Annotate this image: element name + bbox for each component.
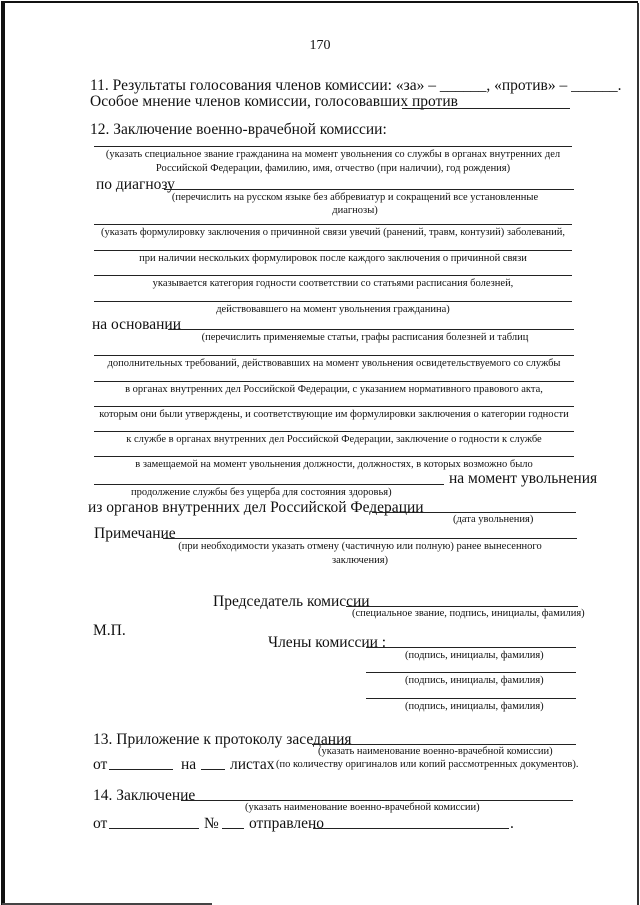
note-hint-1: (при необходимости указать отмену (части… xyxy=(150,541,570,552)
basis-hint-6: в замещаемой на момент увольнения должно… xyxy=(94,459,574,470)
member-hint-3: (подпись, инициалы, фамилия) xyxy=(405,701,544,712)
item13-label: 13. Приложение к протоколу заседания xyxy=(93,731,352,749)
item13-from-label: от xyxy=(93,756,107,774)
diagnosis-field[interactable] xyxy=(164,189,574,190)
scan-border-right xyxy=(637,3,639,905)
item13-hint: (указать наименование военно-врачебной к… xyxy=(318,746,553,757)
basis-hint-2: дополнительных требований, действовавших… xyxy=(94,358,574,369)
basis-field[interactable] xyxy=(168,329,574,330)
attachment-commission-field[interactable] xyxy=(312,744,576,745)
formula-hint-2: при наличии нескольких формулировок посл… xyxy=(94,253,572,264)
formula-field-2[interactable] xyxy=(94,250,572,251)
basis-hint-7: продолжение службы без ущерба для состоя… xyxy=(131,487,392,498)
chairman-hint: (специальное звание, подпись, инициалы, … xyxy=(352,608,585,619)
rank-hint-2: Российской Федерации, фамилию, имя, отче… xyxy=(94,163,572,174)
dismissal-date-hint: (дата увольнения) xyxy=(453,514,533,525)
diagnosis-hint-1: (перечислить на русском языке без аббрев… xyxy=(150,192,560,203)
votes-for-field[interactable]: ______ xyxy=(440,77,487,94)
conclusion-commission-field[interactable] xyxy=(181,800,573,801)
chairman-label: Председатель комиссии xyxy=(213,593,370,611)
from-organs-label: из органов внутренних дел Российской Фед… xyxy=(88,499,424,517)
voting-results-suffix: . xyxy=(618,77,622,94)
member-signature-field-1[interactable] xyxy=(366,647,576,648)
member-signature-field-3[interactable] xyxy=(366,698,576,699)
voting-results-prefix: 11. Результаты голосования членов комисс… xyxy=(90,77,440,94)
rank-hint-1: (указать специальное звание гражданина н… xyxy=(94,149,572,160)
item13-date-field[interactable] xyxy=(109,769,173,770)
scan-border-top xyxy=(2,1,638,3)
scan-border-left xyxy=(1,1,5,905)
basis-field-3[interactable] xyxy=(94,381,574,382)
item13-sheets-label: листах xyxy=(230,756,275,774)
basis-hint-1: (перечислить применяемые статьи, графы р… xyxy=(160,332,570,343)
rank-name-field[interactable] xyxy=(94,146,572,147)
formula-hint-1: (указать формулировку заключения о причи… xyxy=(94,227,572,238)
item14-number-sign: № xyxy=(204,815,219,833)
basis-field-6[interactable] xyxy=(94,456,574,457)
item14-date-field[interactable] xyxy=(109,828,199,829)
member-hint-1: (подпись, инициалы, фамилия) xyxy=(405,650,544,661)
item13-on-label: на xyxy=(181,756,196,774)
dismissal-date-field[interactable] xyxy=(372,512,576,513)
formula-field-1[interactable] xyxy=(94,224,572,225)
basis-hint-5: к службе в органах внутренних дел Россий… xyxy=(94,434,574,445)
item14-hint: (указать наименование военно-врачебной к… xyxy=(245,802,480,813)
item13-sheets-hint: (по количеству оригиналов или копий расс… xyxy=(276,759,579,770)
basis-field-2[interactable] xyxy=(94,355,574,356)
member-hint-2: (подпись, инициалы, фамилия) xyxy=(405,675,544,686)
formula-field-4[interactable] xyxy=(94,301,572,302)
chairman-signature-field[interactable] xyxy=(346,606,578,607)
basis-field-4[interactable] xyxy=(94,406,574,407)
at-dismissal-label: на момент увольнения xyxy=(449,470,597,488)
item12-heading: 12. Заключение военно-врачебной комиссии… xyxy=(90,121,387,139)
formula-hint-3: указывается категория годности соответст… xyxy=(94,278,572,289)
service-continuation-field[interactable] xyxy=(94,484,444,485)
formula-hint-4: действовавшего на момент увольнения граж… xyxy=(94,304,572,315)
voting-results-middle: , «против» – xyxy=(486,77,571,94)
item14-sent-label: отправлено xyxy=(249,815,324,833)
item14-sent-to-field[interactable] xyxy=(313,828,509,829)
members-label: Члены комиссии : xyxy=(268,634,386,652)
formula-field-3[interactable] xyxy=(94,275,572,276)
note-hint-2: заключения) xyxy=(150,555,570,566)
item13-sheets-count-field[interactable] xyxy=(201,769,225,770)
basis-hint-4: которым они были утверждены, и соответст… xyxy=(94,409,574,420)
stamp-label: М.П. xyxy=(93,622,126,640)
item14-from-label: от xyxy=(93,815,107,833)
member-signature-field-2[interactable] xyxy=(366,672,576,673)
item14-number-field[interactable] xyxy=(222,828,244,829)
page-number: 170 xyxy=(0,38,640,54)
basis-hint-3: в органах внутренних дел Российской Феде… xyxy=(94,384,574,395)
basis-field-5[interactable] xyxy=(94,431,574,432)
dissent-field[interactable] xyxy=(402,108,570,109)
votes-against-field[interactable]: ______ xyxy=(571,77,618,94)
diagnosis-hint-2: диагнозы) xyxy=(150,205,560,216)
item14-end-period: . xyxy=(510,815,514,833)
item14-label: 14. Заключение xyxy=(93,787,195,805)
note-field[interactable] xyxy=(163,538,577,539)
